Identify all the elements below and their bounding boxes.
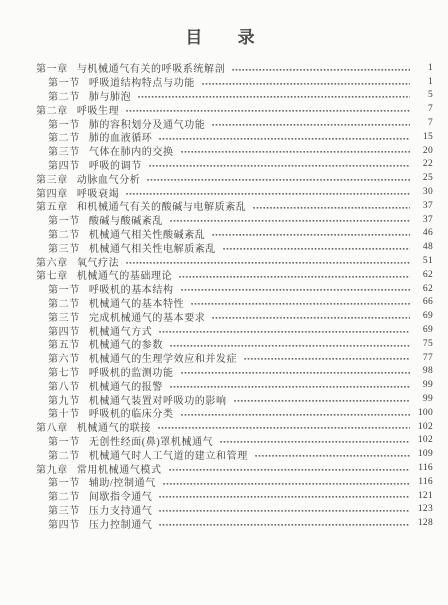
entry-label: 第三节 [48,502,80,517]
entry-title: 与机械通气有关的呼吸系统解剖 [77,60,225,75]
dot-leader [170,386,410,388]
entry-label: 第八章 [36,419,68,434]
dot-leader [126,262,410,264]
entry-label: 第二节 [48,447,80,462]
dot-leader [212,234,410,236]
entry-page: 30 [415,187,433,197]
entry-label: 第七节 [48,364,80,379]
dot-leader [170,345,410,347]
entry-page: 116 [415,477,433,487]
entry-page: 98 [415,366,433,376]
entry-label: 第九章 [36,461,68,476]
dot-leader [179,276,410,278]
entry-title: 完成机械通气的基本要求 [89,309,206,324]
entry-label: 第一节 [48,281,80,296]
entry-title: 机械通气的报警 [89,378,163,393]
toc-entry: 第九节 机械通气装置对呼吸功的影响 99 [36,392,433,406]
dot-leader [181,289,410,291]
entry-page: 37 [415,201,433,211]
entry-page: 5 [415,90,433,100]
entry-title: 机械通气的基础理论 [77,267,172,282]
entry-page: 69 [415,325,433,335]
dot-leader [169,469,410,471]
entry-title: 机械通气时人工气道的建立和管理 [89,447,248,462]
toc-entry: 第二节 间歇指令通气 121 [36,489,433,503]
entry-title: 肺与肺泡 [89,88,131,103]
entry-title: 机械通气相关性酸碱紊乱 [89,226,206,241]
dot-leader [126,110,410,112]
toc-entry: 第四节 机械通气方式 69 [36,323,433,337]
entry-page: 123 [415,504,433,514]
dot-leader [202,83,410,85]
dot-leader [220,441,410,443]
entry-page: 1 [415,63,433,73]
entry-label: 第九节 [48,392,80,407]
entry-page: 1 [415,77,433,87]
dot-leader [149,165,410,167]
entry-page: 75 [415,339,433,349]
entry-title: 肺的血液循环 [89,129,153,144]
dot-leader [255,455,410,457]
entry-title: 机械通气的生理学效应和并发症 [89,350,237,365]
entry-title: 呼吸生理 [77,102,119,117]
entry-page: 102 [415,435,433,445]
entry-page: 69 [415,311,433,321]
toc-entry: 第二节 机械通气的基本特性 66 [36,296,433,310]
entry-page: 37 [415,215,433,225]
entry-page: 22 [415,159,433,169]
entry-title: 酸碱与酸碱紊乱 [89,212,163,227]
toc-entry: 第三章 动脉血气分析 25 [36,171,433,185]
entry-label: 第十节 [48,405,80,420]
dot-leader [159,138,410,140]
toc-entry: 第一章 与机械通气有关的呼吸系统解剖 1 [36,61,433,75]
toc-entry: 第一节 肺的容积划分及通气功能 7 [36,116,433,130]
entry-title: 呼吸的调节 [89,157,142,172]
toc-entry: 第一节 辅助/控制通气 116 [36,475,433,489]
entry-title: 机械通气的联接 [77,419,151,434]
toc-entry: 第二节 机械通气相关性酸碱紊乱 46 [36,227,433,241]
entry-page: 51 [415,256,433,266]
entry-page: 25 [415,173,433,183]
entry-page: 66 [415,297,433,307]
entry-page: 128 [415,518,433,528]
entry-title: 常用机械通气模式 [77,461,162,476]
entry-title: 和机械通气有关的酸碱与电解质紊乱 [77,198,247,213]
entry-page: 109 [415,449,433,459]
toc-entry: 第五节 机械通气的参数 75 [36,337,433,351]
dot-leader [212,124,410,126]
toc-entry: 第一节 呼吸道结构特点与功能 1 [36,75,433,89]
dot-leader [159,331,410,333]
dot-leader [159,496,410,498]
entry-label: 第二节 [48,88,80,103]
dot-leader [159,510,410,512]
entry-title: 肺的容积划分及通气功能 [89,116,206,131]
entry-page: 48 [415,242,433,252]
entry-label: 第二节 [48,129,80,144]
entry-page: 20 [415,146,433,156]
toc-entry: 第七节 呼吸机的监测功能 98 [36,365,433,379]
dot-leader [158,427,410,429]
entry-label: 第一节 [48,433,80,448]
entry-title: 无创性经面(鼻)罩机械通气 [89,433,213,448]
entry-page: 99 [415,380,433,390]
entry-label: 第二节 [48,488,80,503]
toc-entry: 第二节 肺的血液循环 15 [36,130,433,144]
entry-label: 第三节 [48,143,80,158]
toc-entry: 第三节 完成机械通气的基本要求 69 [36,309,433,323]
entry-label: 第四节 [48,323,80,338]
entry-label: 第四节 [48,516,80,531]
toc-entry: 第三节 机械通气相关性电解质紊乱 48 [36,240,433,254]
toc-entry: 第八节 机械通气的报警 99 [36,378,433,392]
entry-label: 第二章 [36,102,68,117]
toc-page: 目 录 第一章 与机械通气有关的呼吸系统解剖 1 第一节 呼吸道结构特点与功能 … [0,0,448,605]
toc-entry: 第七章 机械通气的基础理论 62 [36,268,433,282]
entry-label: 第一节 [48,212,80,227]
entry-title: 呼吸机的基本结构 [89,281,174,296]
dot-leader [163,483,410,485]
page-title: 目 录 [22,23,419,48]
entry-title: 呼吸道结构特点与功能 [89,74,195,89]
entry-title: 动脉血气分析 [77,171,141,186]
toc-entry: 第八章 机械通气的联接 102 [36,420,433,434]
toc-entry: 第四节 呼吸的调节 22 [36,158,433,172]
entry-label: 第六章 [36,254,68,269]
entry-label: 第一节 [48,74,80,89]
toc-entry: 第二节 肺与肺泡 5 [36,89,433,103]
toc-list: 第一章 与机械通气有关的呼吸系统解剖 1 第一节 呼吸道结构特点与功能 1 第二… [36,61,433,530]
entry-title: 呼吸机的临床分类 [89,405,174,420]
entry-page: 121 [415,491,433,501]
entry-title: 压力支持通气 [89,502,153,517]
entry-title: 辅助/控制通气 [89,474,156,489]
dot-leader [170,220,410,222]
dot-leader [181,151,410,153]
dot-leader [181,414,410,416]
entry-label: 第六节 [48,350,80,365]
entry-label: 第三节 [48,240,80,255]
entry-label: 第八节 [48,378,80,393]
entry-label: 第三节 [48,309,80,324]
dot-leader [126,193,410,195]
toc-entry: 第二章 呼吸生理 7 [36,102,433,116]
entry-page: 62 [415,284,433,294]
entry-page: 99 [415,394,433,404]
toc-entry: 第一节 呼吸机的基本结构 62 [36,282,433,296]
dot-leader [232,69,410,71]
entry-page: 100 [415,408,433,418]
entry-page: 77 [415,353,433,363]
toc-entry: 第五章 和机械通气有关的酸碱与电解质紊乱 37 [36,199,433,213]
toc-entry: 第九章 常用机械通气模式 116 [36,461,433,475]
entry-page: 7 [415,118,433,128]
entry-title: 气体在肺内的交换 [89,143,174,158]
toc-entry: 第二节 机械通气时人工气道的建立和管理 109 [36,447,433,461]
entry-label: 第二节 [48,295,80,310]
toc-entry: 第一节 无创性经面(鼻)罩机械通气 102 [36,434,433,448]
entry-label: 第一节 [48,474,80,489]
entry-title: 间歇指令通气 [89,488,153,503]
dot-leader [234,400,410,402]
toc-entry: 第三节 气体在肺内的交换 20 [36,144,433,158]
entry-page: 62 [415,270,433,280]
dot-leader [147,179,410,181]
dot-leader [244,358,410,360]
toc-entry: 第一节 酸碱与酸碱紊乱 37 [36,213,433,227]
entry-title: 呼吸机的监测功能 [89,364,174,379]
entry-title: 机械通气装置对呼吸功的影响 [89,392,227,407]
toc-entry: 第三节 压力支持通气 123 [36,503,433,517]
entry-label: 第三章 [36,171,68,186]
dot-leader [253,207,410,209]
toc-entry: 第十节 呼吸机的临床分类 100 [36,406,433,420]
entry-title: 呼吸衰竭 [77,185,119,200]
entry-label: 第一章 [36,60,68,75]
entry-title: 氧气疗法 [77,254,119,269]
toc-entry: 第六节 机械通气的生理学效应和并发症 77 [36,351,433,365]
entry-label: 第五章 [36,198,68,213]
dot-leader [159,524,410,526]
entry-title: 机械通气相关性电解质紊乱 [89,240,216,255]
dot-leader [223,248,410,250]
entry-page: 7 [415,104,433,114]
toc-entry: 第四节 压力控制通气 128 [36,516,433,530]
entry-title: 机械通气方式 [89,323,153,338]
dot-leader [181,372,410,374]
entry-title: 压力控制通气 [89,516,153,531]
entry-label: 第四章 [36,185,68,200]
entry-page: 46 [415,228,433,238]
entry-title: 机械通气的基本特性 [89,295,184,310]
entry-label: 第四节 [48,157,80,172]
entry-page: 116 [415,463,433,473]
dot-leader [138,96,410,98]
entry-title: 机械通气的参数 [89,336,163,351]
toc-entry: 第四章 呼吸衰竭 30 [36,185,433,199]
entry-label: 第五节 [48,336,80,351]
dot-leader [212,317,410,319]
entry-label: 第二节 [48,226,80,241]
toc-entry: 第六章 氧气疗法 51 [36,254,433,268]
entry-page: 15 [415,132,433,142]
entry-label: 第一节 [48,116,80,131]
entry-label: 第七章 [36,267,68,282]
dot-leader [191,303,410,305]
entry-page: 102 [415,422,433,432]
